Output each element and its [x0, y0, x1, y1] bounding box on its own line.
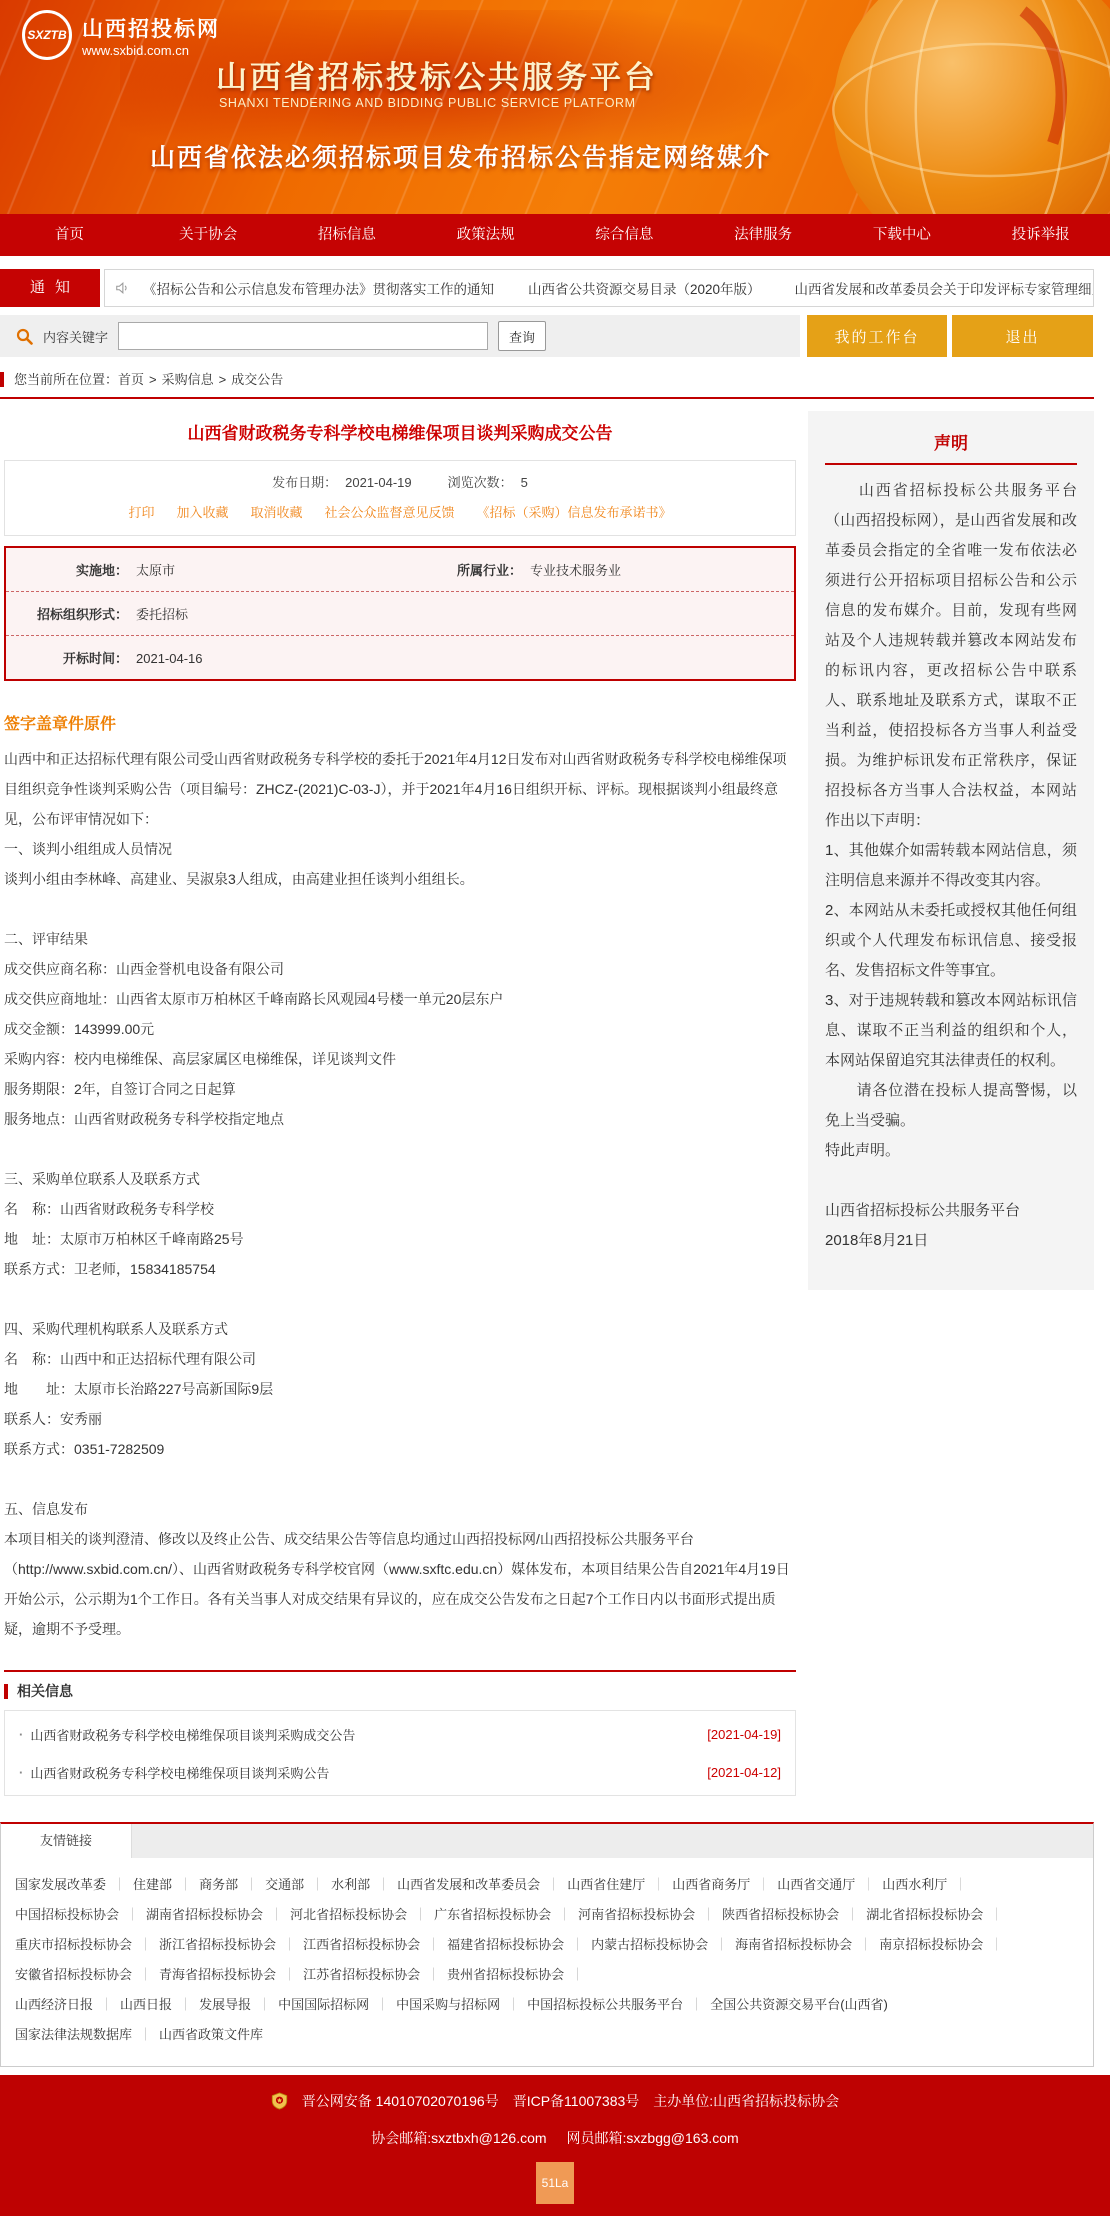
related-header: 相关信息 [4, 1672, 796, 1710]
friend-link[interactable]: 发展导报 [199, 1997, 278, 2012]
search-input[interactable] [118, 322, 488, 350]
friend-link[interactable]: 交通部 [265, 1877, 331, 1892]
statement-underline [825, 463, 1077, 465]
speaker-icon [115, 281, 129, 295]
member-email: 网员邮箱:sxzbgg@163.com [567, 2128, 739, 2148]
article-paragraph: 地 址：太原市万柏林区千峰南路25号 [4, 1224, 796, 1254]
related-item: 山西省财政税务专科学校电梯维保项目谈判采购公告 [2021-04-12] [19, 1753, 781, 1791]
notice-label: 通知 [0, 269, 100, 307]
friend-link[interactable]: 湖北省招标投标协会 [866, 1907, 1010, 1922]
article-paragraph: 联系方式：0351-7282509 [4, 1434, 796, 1464]
info-cell-org-form: 招标组织形式：委托招标 [6, 604, 794, 623]
friend-link[interactable]: 国家发展改革委 [15, 1877, 133, 1892]
statement-paragraph: 山西省招标投标公共服务平台（山西招投标网），是山西省发展和改革委员会指定的全省唯… [825, 476, 1077, 836]
platform-title: 山西省招标投标公共服务平台 [216, 52, 658, 97]
statement-body: 山西省招标投标公共服务平台（山西招投标网），是山西省发展和改革委员会指定的全省唯… [825, 476, 1077, 1256]
related-date: [2021-04-12] [707, 1765, 781, 1780]
friend-links-row: 山西经济日报山西日报发展导报中国国际招标网中国采购与招标网中国招标投标公共服务平… [15, 1990, 1079, 2020]
article-action-link[interactable]: 取消收藏 [250, 505, 302, 520]
article-paragraph: 三、采购单位联系人及联系方式 [4, 1164, 796, 1194]
article-paragraph [4, 1464, 796, 1494]
info-cell-open-date: 开标时间：2021-04-16 [6, 648, 794, 667]
friend-link[interactable]: 山西经济日报 [15, 1997, 120, 2012]
article-paragraph: 联系人：安秀丽 [4, 1404, 796, 1434]
friend-link[interactable]: 南京招标投标协会 [879, 1937, 1010, 1952]
article-paragraph: 本项目相关的谈判澄清、修改以及终止公告、成交结果公告等信息均通过山西招投标网/山… [4, 1524, 796, 1644]
info-cell-industry: 所属行业：专业技术服务业 [400, 560, 794, 579]
nav-item[interactable]: 下载中心 [833, 214, 972, 256]
article-paragraph: 地 址：太原市长治路227号高新国际9层 [4, 1374, 796, 1404]
search-bar: 内容关键字 查询 我的工作台 退出 [0, 315, 1094, 357]
nav-item[interactable]: 招标信息 [278, 214, 417, 256]
article-body: 山西中和正达招标代理有限公司受山西省财政税务专科学校的委托于2021年4月12日… [4, 744, 796, 1644]
friend-links-row: 重庆市招标投标协会浙江省招标投标协会江西省招标投标协会福建省招标投标协会内蒙古招… [15, 1930, 1079, 1960]
article-paragraph: 服务地点：山西省财政税务专科学校指定地点 [4, 1104, 796, 1134]
friend-link[interactable]: 河北省招标投标协会 [290, 1907, 434, 1922]
notice-link[interactable]: 《招标公告和公示信息发布管理办法》贯彻落实工作的通知 [143, 282, 494, 297]
friend-link[interactable]: 山西省发展和改革委员会 [397, 1877, 567, 1892]
site-url: www.sxbid.com.cn [82, 43, 220, 58]
info-value: 委托招标 [136, 607, 188, 622]
notice-items: 《招标公告和公示信息发布管理办法》贯彻落实工作的通知山西省公共资源交易目录（20… [143, 278, 1094, 299]
breadcrumb-separator: > [219, 372, 227, 387]
police-beian-number[interactable]: 晋公网安备 14010702070196号 [302, 2091, 499, 2111]
stat-badge-51la[interactable]: 51La [536, 2162, 574, 2204]
footer-email-line: 协会邮箱:sxztbxh@126.com 网员邮箱:sxzbgg@163.com [0, 2128, 1110, 2148]
article-paragraph [4, 1134, 796, 1164]
friend-link[interactable]: 住建部 [133, 1877, 199, 1892]
globe-graphic [825, 0, 1110, 214]
page-footer: 晋公网安备 14010702070196号 晋ICP备11007383号 主办单… [0, 2075, 1110, 2216]
section-divider [0, 397, 1094, 399]
publish-date-label: 发布日期： [272, 475, 337, 490]
friend-links-body: 国家发展改革委住建部商务部交通部水利部山西省发展和改革委员会山西省住建厅山西省商… [1, 1858, 1093, 2066]
statement-paragraph: 请各位潜在投标人提高警惕，以免上当受骗。 [825, 1076, 1077, 1136]
info-label: 实施地： [6, 560, 128, 579]
article-action-link[interactable]: 《招标（采购）信息发布承诺书》 [477, 505, 672, 520]
friend-links-tab: 友情链接 [1, 1824, 132, 1858]
footer-registration-line: 晋公网安备 14010702070196号 晋ICP备11007383号 主办单… [0, 2091, 1110, 2111]
logout-button[interactable]: 退出 [952, 315, 1093, 357]
friend-link[interactable]: 浙江省招标投标协会 [159, 1937, 303, 1952]
article-title: 山西省财政税务专科学校电梯维保项目谈判采购成交公告 [4, 419, 796, 444]
related-link[interactable]: 山西省财政税务专科学校电梯维保项目谈判采购公告 [30, 1763, 329, 1782]
notice-link[interactable]: 山西省公共资源交易目录（2020年版） [528, 282, 761, 297]
workbench-button[interactable]: 我的工作台 [807, 315, 947, 357]
article-action-link[interactable]: 社会公众监督意见反馈 [325, 505, 455, 520]
friend-link[interactable]: 山西省交通厅 [777, 1877, 882, 1892]
article-paragraph: 服务期限：2年，自签订合同之日起算 [4, 1074, 796, 1104]
friend-links-row: 中国招标投标协会湖南省招标投标协会河北省招标投标协会广东省招标投标协会河南省招标… [15, 1900, 1079, 1930]
site-logo[interactable]: SXZTB 山西招投标网 www.sxbid.com.cn [22, 10, 220, 60]
friend-links-section: 友情链接 国家发展改革委住建部商务部交通部水利部山西省发展和改革委员会山西省住建… [0, 1822, 1094, 2067]
views-count: 5 [521, 475, 528, 490]
section-heading: 签字盖章件原件 [4, 711, 796, 734]
friend-link[interactable]: 全国公共资源交易平台(山西省) [710, 1997, 888, 2012]
article-action-link[interactable]: 打印 [128, 505, 154, 520]
related-link[interactable]: 山西省财政税务专科学校电梯维保项目谈判采购成交公告 [30, 1725, 355, 1744]
statement-paragraph: 2、本网站从未委托或授权其他任何组织或个人代理发布标讯信息、接受报名、发售招标文… [825, 896, 1077, 986]
article-paragraph: 成交供应商地址：山西省太原市万柏林区千峰南路长风观园4号楼一单元20层东户 [4, 984, 796, 1014]
article-paragraph: 成交金额：143999.00元 [4, 1014, 796, 1044]
article-paragraph [4, 894, 796, 924]
article-paragraph: 谈判小组由李林峰、高建业、吴淑泉3人组成，由高建业担任谈判小组组长。 [4, 864, 796, 894]
friend-link[interactable]: 中国采购与招标网 [396, 1997, 527, 2012]
site-banner: SXZTB 山西招投标网 www.sxbid.com.cn 山西省招标投标公共服… [0, 0, 1110, 214]
friend-link[interactable]: 江苏省招标投标协会 [303, 1967, 447, 1982]
article-paragraph: 二、评审结果 [4, 924, 796, 954]
breadcrumb-prefix: 您当前所在位置： [14, 372, 118, 387]
friend-link[interactable]: 国家法律法规数据库 [15, 2027, 159, 2042]
association-email: 协会邮箱:sxztbxh@126.com [371, 2128, 546, 2148]
friend-link[interactable]: 重庆市招标投标协会 [15, 1937, 159, 1952]
site-name: 山西招投标网 [82, 13, 220, 43]
friend-link[interactable]: 山西省住建厅 [567, 1877, 672, 1892]
logo-text: 山西招投标网 www.sxbid.com.cn [82, 13, 220, 58]
friend-link[interactable]: 山西省政策文件库 [159, 2027, 263, 2042]
views-label: 浏览次数： [448, 475, 513, 490]
article-meta: 发布日期：2021-04-19浏览次数：5 [5, 472, 795, 491]
article-paragraph: 采购内容：校内电梯维保、高层家属区电梯维保，详见谈判文件 [4, 1044, 796, 1074]
article-column: 山西省财政税务专科学校电梯维保项目谈判采购成交公告 发布日期：2021-04-1… [0, 411, 800, 1796]
breadcrumb-section-link[interactable]: 采购信息 [162, 372, 214, 387]
notice-link[interactable]: 山西省发展和改革委员会关于印发评标专家管理细则 [795, 282, 1094, 297]
friend-link[interactable]: 中国招标投标公共服务平台 [527, 1997, 710, 2012]
article-paragraph: 山西中和正达招标代理有限公司受山西省财政税务专科学校的委托于2021年4月12日… [4, 744, 796, 834]
info-cell-location: 实施地：太原市 [6, 560, 400, 579]
notice-ticker: 《招标公告和公示信息发布管理办法》贯彻落实工作的通知山西省公共资源交易目录（20… [104, 269, 1094, 307]
platform-slogan: 山西省依法必须招标项目发布招标公告指定网络媒介 [150, 138, 771, 174]
breadcrumb-current: 成交公告 [231, 372, 283, 387]
article-meta-box: 发布日期：2021-04-19浏览次数：5 打印加入收藏取消收藏社会公众监督意见… [4, 460, 796, 536]
article-paragraph: 一、谈判小组组成人员情况 [4, 834, 796, 864]
search-panel: 内容关键字 查询 [0, 315, 800, 357]
breadcrumb: 您当前所在位置：首页>采购信息>成交公告 [0, 372, 1110, 387]
article-paragraph: 名 称：山西中和正达招标代理有限公司 [4, 1344, 796, 1374]
main-nav: 首页关于协会招标信息政策法规综合信息法律服务下载中心投诉举报 [0, 214, 1110, 256]
search-icon [16, 328, 33, 345]
info-label: 招标组织形式： [6, 604, 128, 623]
content-area: 山西省财政税务专科学校电梯维保项目谈判采购成交公告 发布日期：2021-04-1… [0, 411, 1094, 1796]
friend-link[interactable]: 海南省招标投标协会 [735, 1937, 879, 1952]
info-value: 2021-04-16 [136, 651, 203, 666]
friend-link[interactable]: 安徽省招标投标协会 [15, 1967, 159, 1982]
red-bar-decoration [4, 1684, 8, 1699]
friend-link[interactable]: 中国招标投标协会 [15, 1907, 146, 1922]
friend-links-row: 国家发展改革委住建部商务部交通部水利部山西省发展和改革委员会山西省住建厅山西省商… [15, 1870, 1079, 1900]
friend-link[interactable]: 河南省招标投标协会 [578, 1907, 722, 1922]
info-value: 太原市 [136, 563, 175, 578]
friend-link[interactable]: 中国国际招标网 [278, 1997, 396, 2012]
article-action-link[interactable]: 加入收藏 [176, 505, 228, 520]
statement-title: 声明 [825, 429, 1077, 454]
logo-icon: SXZTB [22, 10, 72, 60]
friend-link[interactable]: 陕西省招标投标协会 [722, 1907, 866, 1922]
info-table-row: 开标时间：2021-04-16 [6, 636, 794, 679]
organizer: 主办单位:山西省招标投标协会 [653, 2091, 839, 2111]
info-table-row: 招标组织形式：委托招标 [6, 592, 794, 636]
friend-link[interactable]: 福建省招标投标协会 [447, 1937, 591, 1952]
breadcrumb-home-link[interactable]: 首页 [118, 372, 144, 387]
friend-link[interactable]: 山西省商务厅 [672, 1877, 777, 1892]
info-label: 所属行业： [400, 560, 522, 579]
friend-links-header: 友情链接 [1, 1824, 1093, 1858]
icp-number[interactable]: 晋ICP备11007383号 [513, 2091, 640, 2111]
statement-panel: 声明 山西省招标投标公共服务平台（山西招投标网），是山西省发展和改革委员会指定的… [808, 411, 1094, 1290]
notice-bar: 通知 《招标公告和公示信息发布管理办法》贯彻落实工作的通知山西省公共资源交易目录… [0, 269, 1094, 307]
statement-paragraph: 山西省招标投标公共服务平台 [825, 1196, 1077, 1226]
article-paragraph: 成交供应商名称：山西金誉机电设备有限公司 [4, 954, 796, 984]
breadcrumb-separator: > [149, 372, 157, 387]
friend-link[interactable]: 山西日报 [120, 1997, 199, 2012]
nav-item[interactable]: 关于协会 [139, 214, 278, 256]
friend-link[interactable]: 商务部 [199, 1877, 265, 1892]
info-table-row: 实施地：太原市 所属行业：专业技术服务业 [6, 548, 794, 592]
nav-item[interactable]: 投诉举报 [971, 214, 1110, 256]
statement-paragraph: 2018年8月21日 [825, 1226, 1077, 1256]
friend-links-row: 国家法律法规数据库山西省政策文件库 [15, 2020, 1079, 2050]
project-info-table: 实施地：太原市 所属行业：专业技术服务业 招标组织形式：委托招标 开标时间：20… [4, 546, 796, 681]
article-paragraph [4, 1284, 796, 1314]
nav-item[interactable]: 首页 [0, 214, 139, 256]
nav-item[interactable]: 综合信息 [555, 214, 694, 256]
statement-paragraph: 特此声明。 [825, 1136, 1077, 1166]
publish-date: 2021-04-19 [345, 475, 412, 490]
statement-paragraph: 1、其他媒介如需转载本网站信息，须注明信息来源并不得改变其内容。 [825, 836, 1077, 896]
query-button[interactable]: 查询 [498, 321, 546, 351]
related-list: 山西省财政税务专科学校电梯维保项目谈判采购成交公告 [2021-04-19] 山… [4, 1710, 796, 1796]
related-date: [2021-04-19] [707, 1727, 781, 1742]
info-label: 开标时间： [6, 648, 128, 667]
friend-links-row: 安徽省招标投标协会青海省招标投标协会江苏省招标投标协会贵州省招标投标协会 [15, 1960, 1079, 1990]
article-paragraph: 五、信息发布 [4, 1494, 796, 1524]
nav-item[interactable]: 法律服务 [694, 214, 833, 256]
logo-badge-text: SXZTB [27, 28, 66, 42]
page: SXZTB 山西招投标网 www.sxbid.com.cn 山西省招标投标公共服… [0, 0, 1110, 2216]
article-paragraph: 四、采购代理机构联系人及联系方式 [4, 1314, 796, 1344]
friend-link[interactable]: 内蒙古招标投标协会 [591, 1937, 735, 1952]
related-item: 山西省财政税务专科学校电梯维保项目谈判采购成交公告 [2021-04-19] [19, 1715, 781, 1753]
statement-paragraph: 3、对于违规转载和篡改本网站标讯信息、谋取不正当利益的组织和个人，本网站保留追究… [825, 986, 1077, 1076]
friend-link[interactable]: 江西省招标投标协会 [303, 1937, 447, 1952]
article-paragraph: 联系方式：卫老师，15834185754 [4, 1254, 796, 1284]
related-title: 相关信息 [17, 1681, 73, 1701]
friend-link[interactable]: 湖南省招标投标协会 [146, 1907, 290, 1922]
friend-link[interactable]: 贵州省招标投标协会 [447, 1967, 591, 1982]
friend-link[interactable]: 青海省招标投标协会 [159, 1967, 303, 1982]
police-badge-icon [271, 2092, 288, 2110]
article-paragraph: 名 称：山西省财政税务专科学校 [4, 1194, 796, 1224]
friend-link[interactable]: 山西水利厅 [882, 1877, 974, 1892]
friend-link[interactable]: 广东省招标投标协会 [434, 1907, 578, 1922]
article-actions: 打印加入收藏取消收藏社会公众监督意见反馈《招标（采购）信息发布承诺书》 [5, 502, 795, 522]
nav-item[interactable]: 政策法规 [416, 214, 555, 256]
friend-link[interactable]: 水利部 [331, 1877, 397, 1892]
search-label: 内容关键字 [43, 327, 108, 346]
info-value: 专业技术服务业 [530, 563, 621, 578]
statement-paragraph [825, 1166, 1077, 1196]
platform-subtitle: SHANXI TENDERING AND BIDDING PUBLIC SERV… [219, 96, 636, 110]
